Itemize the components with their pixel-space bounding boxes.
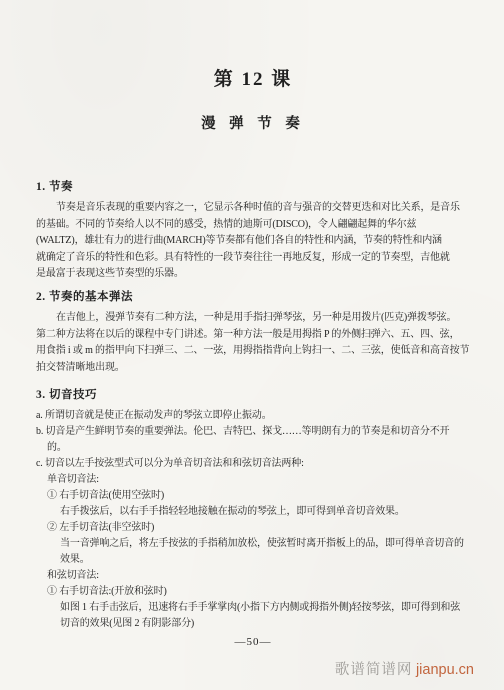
document-page: 第 12 课 漫 弹 节 奏 1. 节奏 节奏是音乐表现的重要内容之一，它显示各…: [0, 0, 504, 690]
lesson-title: 第 12 课: [36, 70, 470, 89]
chord-staccato-label: 和弦切音法:: [36, 568, 470, 584]
lesson-subtitle: 漫 弹 节 奏: [36, 117, 470, 132]
staccato-item-b-continuation: 的。: [36, 440, 470, 456]
watermark-site-url: jianpu.cn: [416, 662, 474, 678]
staccato-item-b: b. 切音是产生鲜明节奏的重要弹法。伦巴、吉特巴、探戈……等明朗有力的节奏是和切…: [36, 424, 470, 440]
section-staccato-heading: 3. 切音技巧: [36, 390, 470, 402]
section-basic-strum-heading: 2. 节奏的基本弹法: [36, 292, 470, 304]
single-note-staccato-label: 单音切音法:: [36, 472, 470, 488]
chord-right-hand-staccato-desc-continuation: 切音的效果(见图 2 有阴影部分): [36, 616, 470, 632]
page-content: 第 12 课 漫 弹 节 奏 1. 节奏 节奏是音乐表现的重要内容之一，它显示各…: [0, 70, 504, 648]
chord-right-hand-staccato-desc: 如图 1 右手击弦后，迅速将右手手掌掌肉(小指下方内侧或拇指外侧)轻按琴弦，即可…: [36, 600, 470, 616]
staccato-item-c: c. 切音以左手按弦型式可以分为单音切音法和和弦切音法两种:: [36, 456, 470, 472]
left-hand-staccato-title: ② 左手切音法(非空弦时): [36, 520, 470, 536]
page-number: —50—: [36, 637, 470, 648]
watermark: 歌谱简谱网 jianpu.cn: [335, 663, 474, 678]
section-rhythm-paragraph: 节奏是音乐表现的重要内容之一，它显示各种时值的音与强音的交替更迭和对比关系，是音…: [36, 200, 470, 283]
right-hand-staccato-desc: 右手拨弦后，以右手手指轻轻地接触在振动的琴弦上，即可得到单音切音效果。: [36, 504, 470, 520]
left-hand-staccato-desc: 当一音弹响之后，将左手按弦的手指稍加放松，使弦暂时离开指板上的品，即可得单音切音…: [36, 536, 470, 552]
right-hand-staccato-title: ① 右手切音法(使用空弦时): [36, 488, 470, 504]
left-hand-staccato-desc-continuation: 效果。: [36, 552, 470, 568]
section-basic-strum-paragraph: 在吉他上，漫弹节奏有二种方法，一种是用手指扫弹琴弦，另一种是用拨片(匹克)弹拨琴…: [36, 310, 470, 376]
watermark-site-name: 歌谱简谱网: [335, 662, 413, 678]
section-rhythm-heading: 1. 节奏: [36, 182, 470, 194]
staccato-item-a: a. 所谓切音就是使正在振动发声的琴弦立即停止振动。: [36, 408, 470, 424]
section-staccato-body: a. 所谓切音就是使正在振动发声的琴弦立即停止振动。 b. 切音是产生鲜明节奏的…: [36, 408, 470, 632]
chord-right-hand-staccato-title: ① 右手切音法:(开放和弦时): [36, 584, 470, 600]
